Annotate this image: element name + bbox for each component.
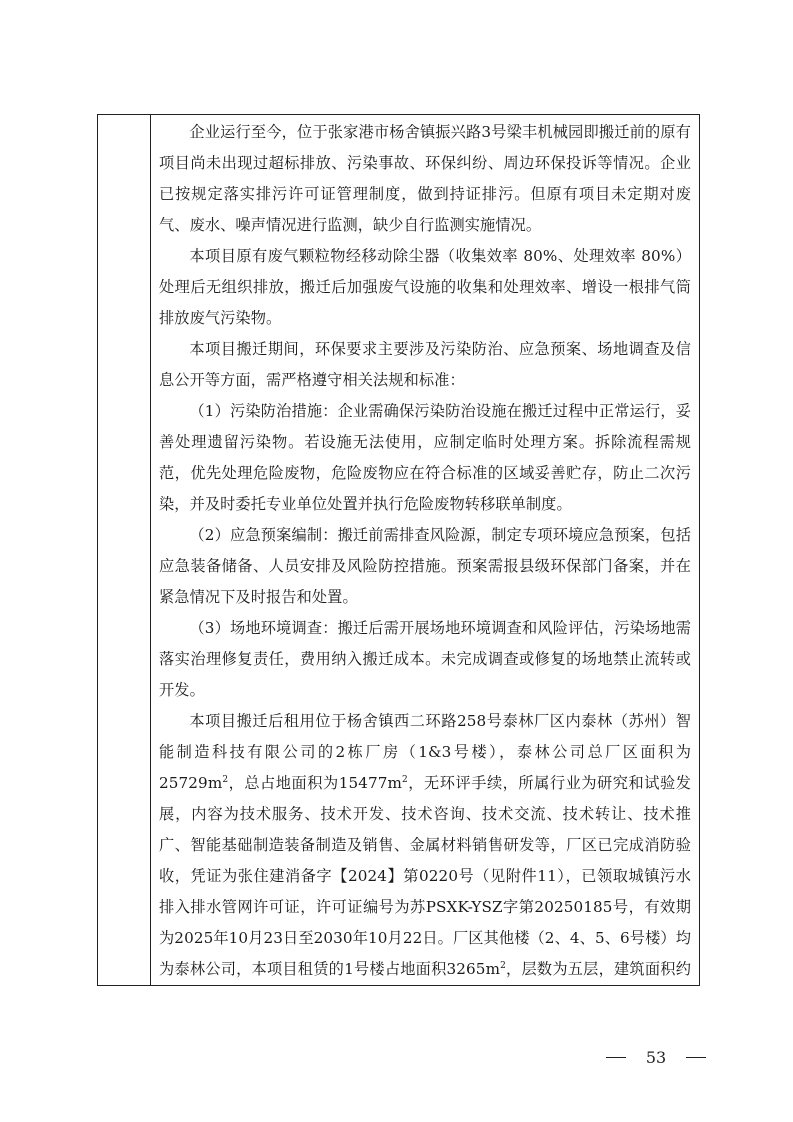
- paragraph-site-investigation: （3）场地环境调查：搬迁后需开展场地环境调查和风险评估，污染场地需落实治理修复责…: [159, 613, 691, 706]
- paragraph-pollution-prevention: （1）污染防治措施：企业需确保污染防治设施在搬迁过程中正常运行，妥善处理遗留污染…: [159, 396, 691, 520]
- text-segment: ，无环评手续，所属行业为研究和试验发展，内容为技术服务、技术开发、技术咨询、技术…: [159, 774, 691, 978]
- page-number: 53: [646, 1048, 666, 1067]
- content-table: 企业运行至今，位于张家港市杨舍镇振兴路3号梁丰机械园即搬迁前的原有项目尚未出现过…: [97, 114, 700, 986]
- paragraph-new-site: 本项目搬迁后租用位于杨舍镇西二环路258号泰林厂区内泰林（苏州）智能制造科技有限…: [159, 706, 691, 985]
- table-content-cell: 企业运行至今，位于张家港市杨舍镇振兴路3号梁丰机械园即搬迁前的原有项目尚未出现过…: [151, 115, 699, 985]
- dash-left-icon: [606, 1057, 626, 1058]
- paragraph-relocation-requirements: 本项目搬迁期间，环保要求主要涉及污染防治、应急预案、场地调查及信息公开等方面，需…: [159, 334, 691, 396]
- text-segment: ，总占地面积为15477m: [228, 774, 402, 792]
- paragraph-emergency-plan: （2）应急预案编制：搬迁前需排查风险源，制定专项环境应急预案，包括应急装备储备、…: [159, 520, 691, 613]
- dash-right-icon: [686, 1057, 706, 1058]
- page-footer: 53: [606, 1048, 706, 1067]
- paragraph-waste-gas: 本项目原有废气颗粒物经移动除尘器（收集效率 80%、处理效率 80%）处理后无组…: [159, 241, 691, 334]
- paragraph-operation-status: 企业运行至今，位于张家港市杨舍镇振兴路3号梁丰机械园即搬迁前的原有项目尚未出现过…: [159, 117, 691, 241]
- table-left-column: [98, 115, 151, 985]
